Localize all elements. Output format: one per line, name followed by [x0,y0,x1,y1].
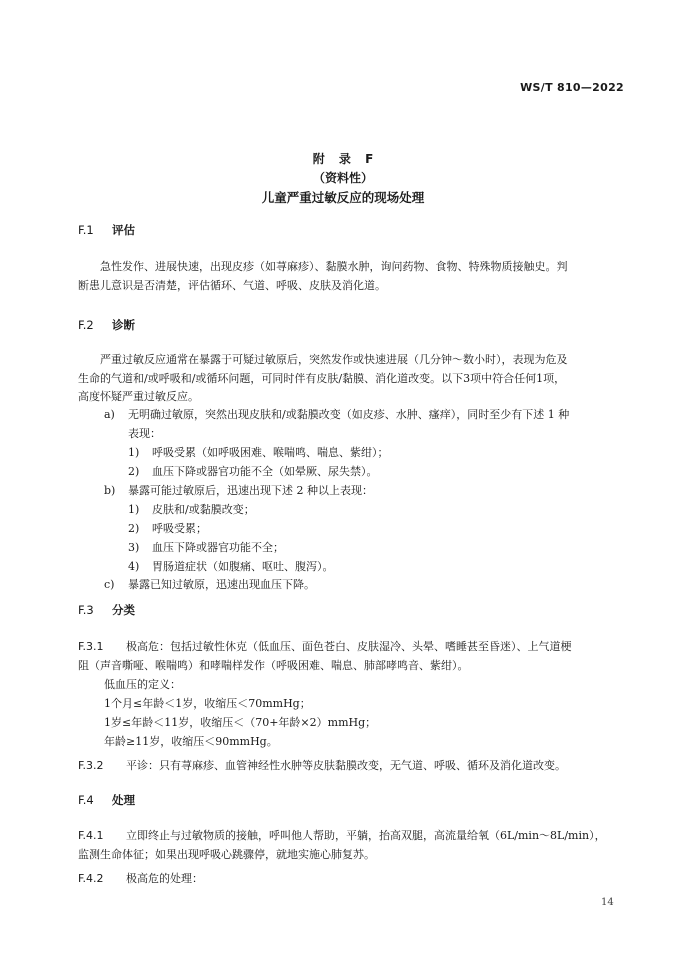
list-marker: b) [104,481,115,501]
subsection-number: F.3.2 [78,756,126,776]
list-item-text: 暴露可能过敏原后，迅速出现下述 2 种以上表现： [128,481,373,501]
sublist-item-text: 呼吸受累（如呼吸困难、喉喘鸣、喘息、紫绀）； [152,443,389,463]
sublist-marker: 2) [128,519,139,539]
sublist-item-text: 胃肠道症状（如腹痛、呕吐、腹泻）。 [152,557,334,577]
section-number: F.2 [78,318,112,332]
paragraph-line: 阻（声音嘶哑、喉喘鸣）和哮喘样发作（呼吸困难、喘息、肺部哮鸣音、紫绀）。 [78,656,469,676]
sublist-marker: 2) [128,462,139,482]
list-item-text: 无明确过敏原，突然出现皮肤和/或黏膜改变（如皮疹、水肿、瘙痒），同时至少有下述 … [128,405,569,425]
section-title: 分类 [112,603,135,617]
list-item-text: 表现： [128,424,161,444]
annex-nature: （资料性） [0,169,686,186]
section-title: 评估 [112,223,135,237]
section-number: F.1 [78,223,112,237]
subsection-f42-line: F.4.2极高危的处理： [78,869,203,889]
sublist-item-text: 皮肤和/或黏膜改变； [152,500,255,520]
subsection-number: F.4.1 [78,826,126,846]
sublist-marker: 4) [128,557,139,577]
section-title: 处理 [112,793,135,807]
subsection-text: 平诊：只有荨麻疹、血管神经性水肿等皮肤黏膜改变，无气道、呼吸、循环及消化道改变。 [126,759,566,772]
section-heading-f3: F.3分类 [78,602,135,618]
list-item-text: 暴露已知过敏原，迅速出现血压下降。 [128,575,315,595]
hypotension-criterion: 年龄≥11岁，收缩压＜90mmHg。 [104,732,278,752]
subsection-text: 极高危：包括过敏性休克（低血压、面色苍白、皮肤湿冷、头晕、嗜睡甚至昏迷）、上气道… [126,640,572,653]
section-heading-f1: F.1评估 [78,222,135,238]
paragraph-line: 急性发作、进展快速，出现皮疹（如荨麻疹）、黏膜水肿，询问药物、食物、特殊物质接触… [100,257,568,277]
subsection-text: 极高危的处理： [126,872,203,885]
paragraph-line: 生命的气道和/或呼吸和/或循环问题，可同时伴有皮肤/黏膜、消化道改变。以下3项中… [78,369,565,389]
paragraph-line: 断患儿意识是否清楚，评估循环、气道、呼吸、皮肤及消化道。 [78,276,386,296]
section-title: 诊断 [112,318,135,332]
annex-label: 附 录 F [0,150,686,167]
paragraph-line: 监测生命体征；如果出现呼吸心跳骤停，就地实施心肺复苏。 [78,845,375,865]
subsection-f41-line: F.4.1立即终止与过敏物质的接触，呼叫他人帮助，平躺，抬高双腿，高流量给氧（6… [78,826,606,846]
paragraph-line: 严重过敏反应通常在暴露于可疑过敏原后，突然发作或快速进展（几分钟～数小时），表现… [100,350,568,370]
subsection-text: 立即终止与过敏物质的接触，呼叫他人帮助，平躺，抬高双腿，高流量给氧（6L/min… [126,829,606,842]
subsection-f31-line: F.3.1极高危：包括过敏性休克（低血压、面色苍白、皮肤湿冷、头晕、嗜睡甚至昏迷… [78,637,572,657]
sublist-item-text: 血压下降或器官功能不全（如晕厥、尿失禁）。 [152,462,378,482]
hypotension-criterion: 1个月≤年龄＜1岁，收缩压＜70mmHg； [104,694,311,714]
hypotension-title: 低血压的定义： [104,675,181,695]
sublist-item-text: 血压下降或器官功能不全； [152,538,284,558]
page-number: 14 [601,897,614,908]
paragraph-line: 高度怀疑严重过敏反应。 [78,387,199,407]
standard-code: WS/T 810—2022 [520,81,624,94]
sublist-marker: 3) [128,538,139,558]
section-heading-f4: F.4处理 [78,792,135,808]
list-marker: a) [104,405,115,425]
section-number: F.3 [78,603,112,617]
subsection-number: F.4.2 [78,869,126,889]
sublist-item-text: 呼吸受累； [152,519,207,539]
list-marker: c) [104,575,114,595]
subsection-number: F.3.1 [78,637,126,657]
section-number: F.4 [78,793,112,807]
section-heading-f2: F.2诊断 [78,317,135,333]
sublist-marker: 1) [128,443,139,463]
sublist-marker: 1) [128,500,139,520]
hypotension-criterion: 1岁≤年龄＜11岁，收缩压＜（70+年龄×2）mmHg； [104,713,376,733]
subsection-f32-line: F.3.2平诊：只有荨麻疹、血管神经性水肿等皮肤黏膜改变，无气道、呼吸、循环及消… [78,756,566,776]
annex-title: 儿童严重过敏反应的现场处理 [0,188,686,206]
